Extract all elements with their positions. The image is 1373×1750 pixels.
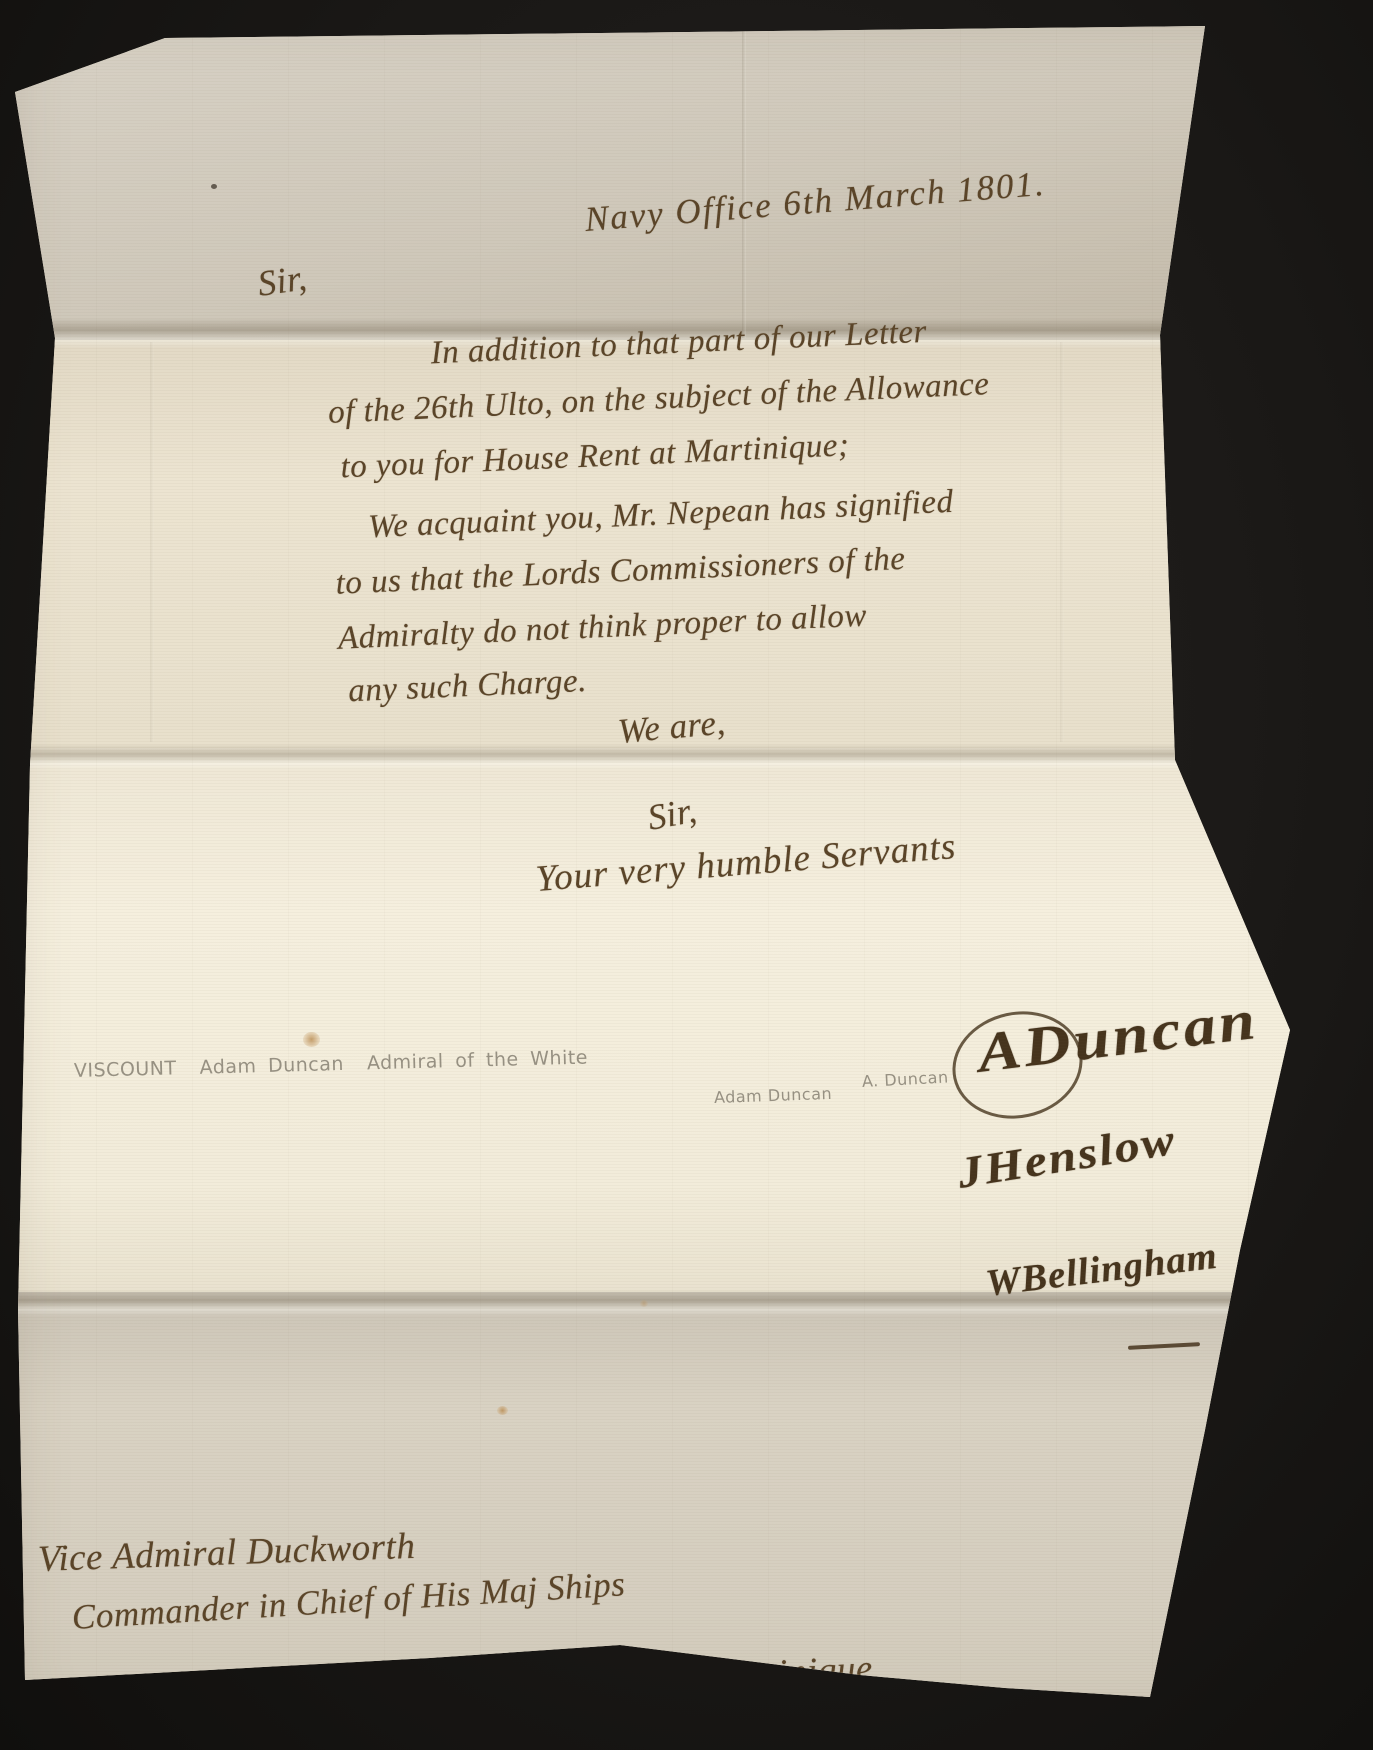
salutation: Sir, (255, 256, 309, 304)
bottom-fold-panel (0, 1292, 1373, 1750)
address-line-place: at Martinique (661, 1647, 874, 1701)
photo-background: Navy Office 6th March 1801. Sir, In addi… (0, 0, 1373, 1750)
foxing-spot (640, 1300, 648, 1307)
ink-dot (211, 184, 217, 189)
foxing-spot (303, 1032, 320, 1047)
corner-mark: IN (1002, 1703, 1018, 1718)
body-line: of the 26th Ulto, on the subject of the … (327, 366, 990, 432)
closing-sir: Sir, (644, 789, 700, 839)
letter-paper: Navy Office 6th March 1801. Sir, In addi… (0, 0, 1373, 1750)
vertical-crease (150, 342, 154, 742)
fold-crease (0, 744, 1373, 770)
letter-body: In addition to that part of our Letter o… (325, 311, 997, 599)
fold-crease (0, 1290, 1373, 1316)
body-line: We acquaint you, Mr. Nepean has signifie… (367, 480, 1030, 546)
body-line: to you for House Rent at Martinique; (340, 421, 1003, 487)
vertical-crease (1060, 342, 1064, 742)
foxing-spot (497, 1406, 508, 1415)
top-fold-panel (0, 0, 1373, 340)
vertical-crease (742, 28, 746, 338)
